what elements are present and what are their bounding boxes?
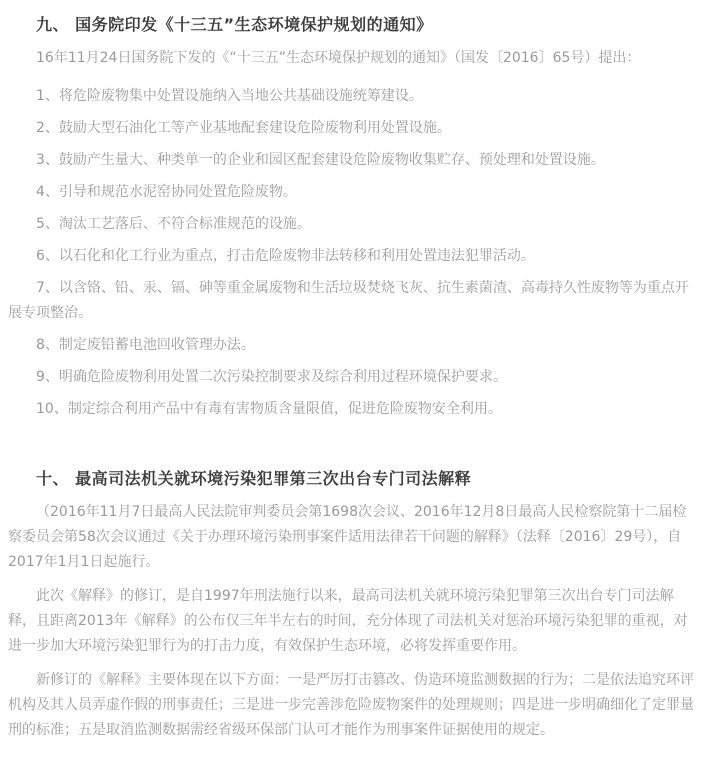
list-item-4: 4、引导和规范水泥窑协同处置危险废物。 <box>8 180 696 205</box>
section-9-heading: 九、 国务院印发《十三五”生态环境保护规划的通知》 <box>36 14 696 36</box>
list-item-10: 10、制定综合利用产品中有毒有害物质含量限值，促进危险废物安全利用。 <box>8 397 696 422</box>
list-item-7: 7、以含铬、铅、汞、镉、砷等重金属废物和生活垃圾焚烧飞灰、抗生素菌渣、高毒持久性… <box>8 276 696 326</box>
section-10-paragraph-2: 此次《解释》的修订，是自1997年刑法施行以来，最高司法机关就环境污染犯罪第三次… <box>8 584 696 659</box>
section-10-paragraph-1: （2016年11月7日最高人民法院审判委员会第1698次会议、2016年12月8… <box>8 500 696 575</box>
list-item-6: 6、以石化和化工行业为重点，打击危险废物非法转移和利用处置违法犯罪活动。 <box>8 244 696 269</box>
section-10-paragraph-3: 新修订的《解释》主要体现在以下方面：一是严厉打击篡改、伪造环境监测数据的行为；二… <box>8 668 696 743</box>
list-item-8: 8、制定废铅蓄电池回收管理办法。 <box>8 333 696 358</box>
section-9-intro: 16年11月24日国务院下发的《“十三五”生态环境保护规划的通知》（国发〔201… <box>8 46 696 71</box>
list-item-3: 3、鼓励产生量大、种类单一的企业和园区配套建设危险废物收集贮存、预处理和处置设施… <box>8 148 696 173</box>
list-item-9: 9、明确危险废物利用处置二次污染控制要求及综合利用过程环境保护要求。 <box>8 365 696 390</box>
document-body: 九、 国务院印发《十三五”生态环境保护规划的通知》 16年11月24日国务院下发… <box>0 0 720 743</box>
list-item-1: 1、将危险废物集中处置设施纳入当地公共基础设施统筹建设。 <box>8 84 696 109</box>
list-item-5: 5、淘汰工艺落后、不符合标准规范的设施。 <box>8 212 696 237</box>
section-10-heading: 十、 最高司法机关就环境污染犯罪第三次出台专门司法解释 <box>36 468 696 490</box>
list-item-2: 2、鼓励大型石油化工等产业基地配套建设危险废物利用处置设施。 <box>8 116 696 141</box>
